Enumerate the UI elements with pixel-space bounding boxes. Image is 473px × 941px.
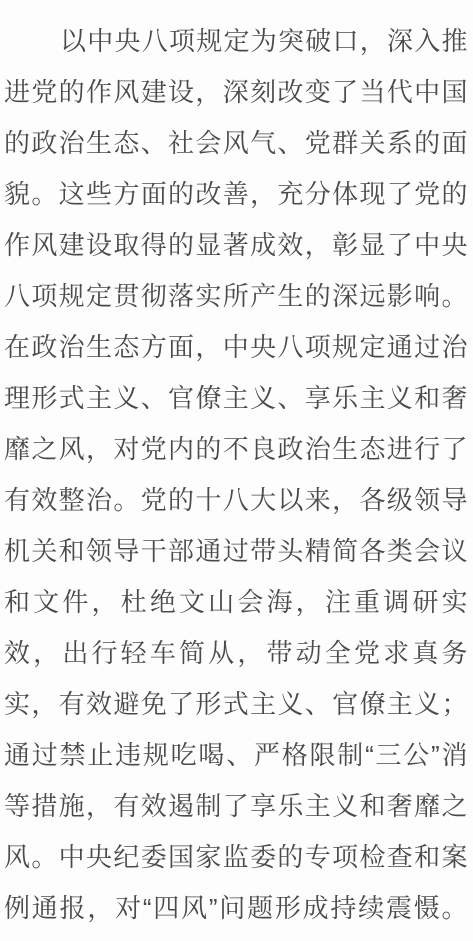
text-line: 以中央八项规定为突破口，深入推: [4, 16, 468, 67]
text-line: 风。中央纪委国家监委的专项检查和案: [4, 832, 468, 883]
text-line: 效，出行轻车简从，带动全党求真务: [4, 628, 468, 679]
text-line: 作风建设取得的显著成效，彰显了中央: [4, 220, 468, 271]
text-line: 靡之风，对党内的不良政治生态进行了: [4, 424, 468, 475]
text-line: 实，有效避免了形式主义、官僚主义；: [4, 679, 468, 730]
text-line: 机关和领导干部通过带头精简各类会议: [4, 526, 468, 577]
text-line: 例通报，对“四风”问题形成持续震慑。这: [4, 883, 468, 934]
text-line: 貌。这些方面的改善，充分体现了党的: [4, 169, 468, 220]
text-line: 和文件，杜绝文山会海，注重调研实: [4, 577, 468, 628]
text-line: 等措施，有效遏制了享乐主义和奢靡之: [4, 781, 468, 832]
text-line: 在政治生态方面，中央八项规定通过治: [4, 322, 468, 373]
reader-page[interactable]: 以中央八项规定为突破口，深入推 进党的作风建设，深刻改变了当代中国 的政治生态、…: [0, 0, 473, 941]
text-line: 八项规定贯彻落实所产生的深远影响。: [4, 271, 468, 322]
text-line: 通过禁止违规吃喝、严格限制“三公”消费: [4, 730, 468, 781]
text-line: 理形式主义、官僚主义、享乐主义和奢: [4, 373, 468, 424]
text-line: 进党的作风建设，深刻改变了当代中国: [4, 67, 468, 118]
text-line: 的政治生态、社会风气、党群关系的面: [4, 118, 468, 169]
text-line: 有效整治。党的十八大以来，各级领导: [4, 475, 468, 526]
